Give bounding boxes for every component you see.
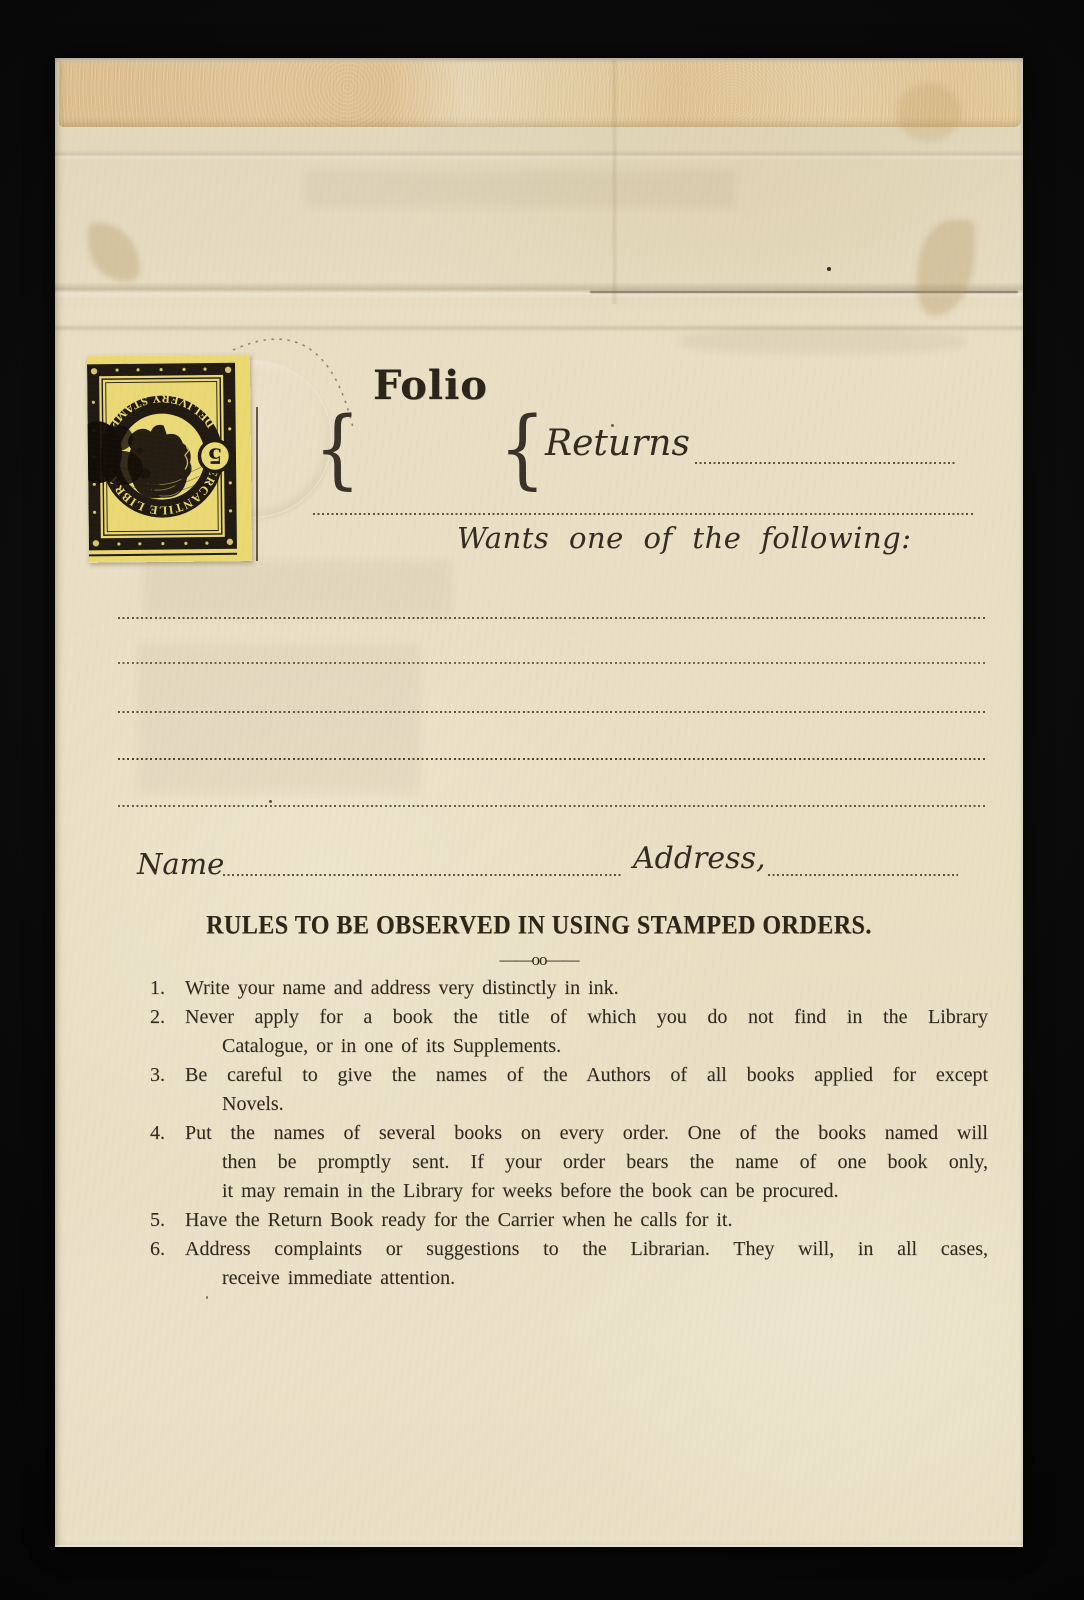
rule-line: it may remain in the Library for weeks b…: [222, 1177, 988, 1206]
printed-vertical-rule: [256, 407, 258, 561]
rule-item: 3.Be careful to give the names of the Au…: [150, 1061, 988, 1119]
document-sheet: MERCANTILE LIBRARY DELIVERY STAMP: [55, 58, 1023, 1547]
photo-background: MERCANTILE LIBRARY DELIVERY STAMP: [0, 0, 1084, 1600]
rule-number: 4.: [150, 1119, 165, 1148]
rule-number: 1.: [150, 974, 165, 1003]
address-label: Address,: [633, 844, 766, 874]
ink-speck: [206, 1296, 208, 1299]
fold-crease: [55, 282, 1023, 298]
folio-heading: Folio: [373, 366, 488, 406]
ink-speck: [269, 800, 272, 803]
address-fill-line: [768, 874, 958, 876]
rule-item: 4.Put the names of several books on ever…: [150, 1119, 988, 1206]
show-through-smudge: [305, 170, 735, 208]
library-delivery-stamp: MERCANTILE LIBRARY DELIVERY STAMP: [87, 354, 252, 563]
show-through-smudge: [680, 328, 965, 354]
rule-item: 5.Have the Return Book ready for the Car…: [150, 1206, 988, 1235]
fill-line: [313, 513, 973, 515]
book-entry-line: [118, 662, 986, 664]
stain: [88, 223, 140, 281]
name-fill-line: [223, 874, 623, 876]
rule-line: Never apply for a book the title of whic…: [185, 1003, 988, 1032]
rules-list: 1.Write your name and address very disti…: [150, 974, 988, 1293]
fold-crease: [55, 150, 1023, 160]
rule-line: Novels.: [222, 1090, 988, 1119]
name-label: Name: [137, 850, 224, 879]
book-entry-line: [118, 711, 986, 713]
returns-label: Returns: [545, 426, 690, 462]
rule-item: 6.Address complaints or suggestions to t…: [150, 1235, 988, 1293]
rule-line: Address complaints or suggestions to the…: [185, 1235, 988, 1264]
rule-item: 2.Never apply for a book the title of wh…: [150, 1003, 988, 1061]
book-entry-line: [118, 617, 986, 619]
rules-divider: ——oo——: [55, 950, 1023, 970]
rule-number: 3.: [150, 1061, 165, 1090]
fold-crease: [55, 324, 1023, 332]
rule-number: 6.: [150, 1235, 165, 1264]
stamp-denomination: 5: [208, 443, 223, 468]
returns-brace: {: [499, 413, 546, 485]
rule-number: 5.: [150, 1206, 165, 1235]
rule-line: Have the Return Book ready for the Carri…: [185, 1206, 988, 1235]
rule-line: Write your name and address very distinc…: [185, 974, 988, 1003]
wants-label: Wants one of the following:: [457, 521, 911, 556]
rule-line: Catalogue, or in one of its Supplements.: [222, 1032, 988, 1061]
show-through-smudge: [143, 560, 453, 618]
vertical-crease: [611, 60, 618, 304]
rule-line: then be promptly sent. If your order bea…: [222, 1148, 988, 1177]
book-entry-line: [118, 758, 986, 760]
returns-fill-line: [695, 462, 957, 464]
rule-item: 1.Write your name and address very disti…: [150, 974, 988, 1003]
rule-line: Put the names of several books on every …: [185, 1119, 988, 1148]
fold-crease-shadow: [590, 291, 1018, 293]
book-entry-line: [118, 805, 986, 807]
paper-grain: [55, 58, 1023, 1547]
rule-number: 2.: [150, 1003, 165, 1032]
stain: [917, 220, 975, 316]
left-brace: {: [314, 413, 361, 485]
rule-line: Be careful to give the names of the Auth…: [185, 1061, 988, 1090]
tape-strip: [59, 61, 1021, 127]
ink-speck: [827, 267, 831, 271]
rules-heading: RULES TO BE OBSERVED IN USING STAMPED OR…: [55, 912, 1023, 941]
rule-line: receive immediate attention.: [222, 1264, 988, 1293]
show-through-smudge: [137, 643, 422, 793]
